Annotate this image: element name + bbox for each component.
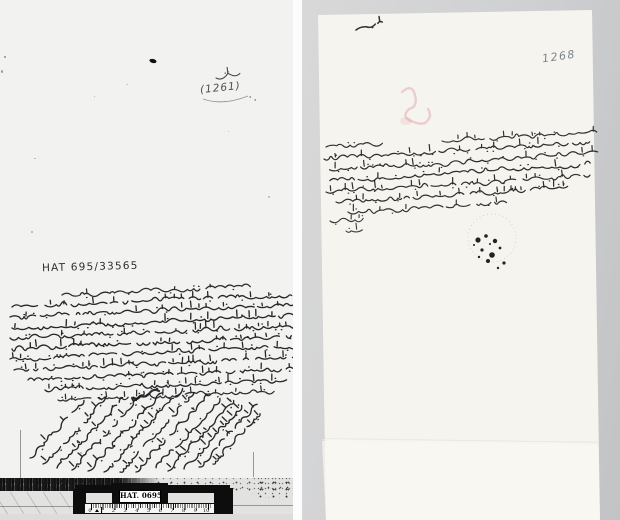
scan-bottom-strip <box>0 514 294 520</box>
ottoman-script-line <box>162 395 236 473</box>
ottoman-script-line <box>14 349 294 373</box>
ottoman-script-line <box>28 362 293 384</box>
scan-frame-line <box>0 506 73 507</box>
ottoman-script-line <box>66 387 146 472</box>
scan-speck <box>31 231 33 233</box>
ottoman-script-line <box>45 372 287 394</box>
ottoman-script-line <box>10 317 294 341</box>
ottoman-script-line <box>53 394 125 471</box>
scan-speck <box>34 158 36 159</box>
ottoman-script-line <box>62 282 251 299</box>
ink-blot <box>149 58 157 64</box>
ottoman-script-line <box>10 296 294 319</box>
ottoman-script-line <box>131 388 212 473</box>
ottoman-script-line <box>215 65 241 79</box>
catalog-reference: HAT 695/33565 <box>42 260 139 275</box>
scan-speck <box>94 96 95 97</box>
year-annotation-underline <box>203 96 248 102</box>
ottoman-script-line <box>83 387 165 473</box>
ottoman-script-line <box>153 395 223 469</box>
ottoman-script-line <box>12 287 292 310</box>
ottoman-script-line <box>98 383 184 475</box>
scan-speck <box>1 70 3 73</box>
ottoman-script-line <box>131 388 159 400</box>
ottoman-script-line <box>178 401 244 471</box>
archival-documents-screenshot: (1261) HAT 695/33565 HAT. 0695 0 1 <box>0 0 620 520</box>
ottoman-script-line <box>10 339 294 362</box>
ottoman-script-line <box>38 393 109 468</box>
ottoman-script-line <box>12 308 294 332</box>
ottoman-script-line <box>58 383 274 403</box>
measuring-ruler: 0 1 2 3 4 5 6 7 8 9 10 <box>84 503 215 514</box>
left-document-scan: (1261) HAT 695/33565 HAT. 0695 0 1 <box>0 0 294 520</box>
ottoman-script-line <box>24 395 86 460</box>
scan-speck <box>228 131 229 132</box>
scan-frame-line <box>233 505 294 506</box>
left-script-layer <box>0 0 294 520</box>
archive-label: HAT. 0695 <box>119 490 161 503</box>
scan-speck <box>268 196 270 198</box>
ottoman-script-line <box>12 329 292 352</box>
ottoman-script-line <box>194 400 259 469</box>
year-annotation: (1261) <box>199 80 241 96</box>
panel-divider <box>293 0 302 520</box>
ottoman-script-line <box>114 387 196 474</box>
scan-speck <box>126 84 128 85</box>
scan-frame-mark <box>253 452 254 477</box>
right-document-photo: 1268 <box>302 0 620 520</box>
scan-noise-speckles <box>252 478 294 498</box>
year-annotation-dots <box>250 97 256 100</box>
scan-speck <box>4 56 6 58</box>
scan-speck <box>80 452 82 454</box>
scan-frame-mark <box>20 430 21 478</box>
